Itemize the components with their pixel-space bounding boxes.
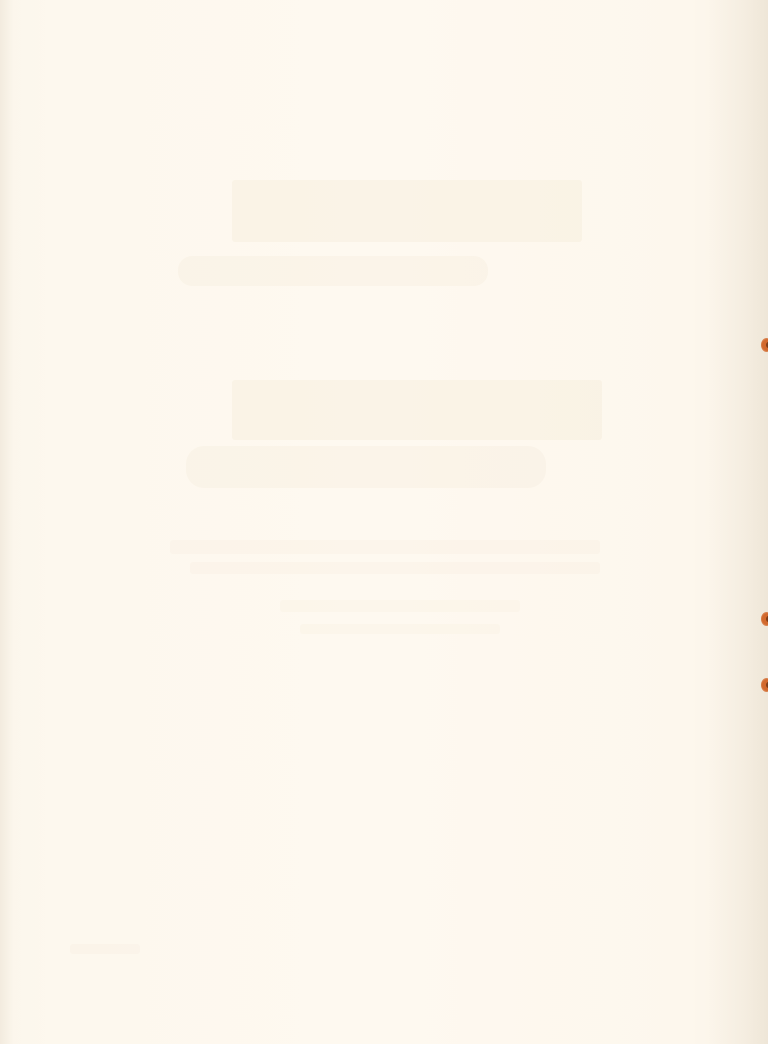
show-through-text-line xyxy=(280,600,520,612)
show-through-title-1 xyxy=(232,180,582,242)
show-through-text-line xyxy=(170,540,600,554)
show-through-footer xyxy=(70,944,140,954)
show-through-subtitle-1 xyxy=(178,256,488,286)
binding-hole-mark xyxy=(761,678,768,692)
scanned-page xyxy=(0,0,768,1044)
show-through-subtitle-2 xyxy=(186,446,546,488)
binding-hole-mark xyxy=(761,338,768,352)
show-through-text-line xyxy=(190,562,600,574)
page-right-edge-shadow xyxy=(708,0,768,1044)
show-through-text-line xyxy=(300,624,500,634)
binding-hole-mark xyxy=(761,612,768,626)
page-left-edge xyxy=(0,0,14,1044)
show-through-title-2 xyxy=(232,380,602,440)
